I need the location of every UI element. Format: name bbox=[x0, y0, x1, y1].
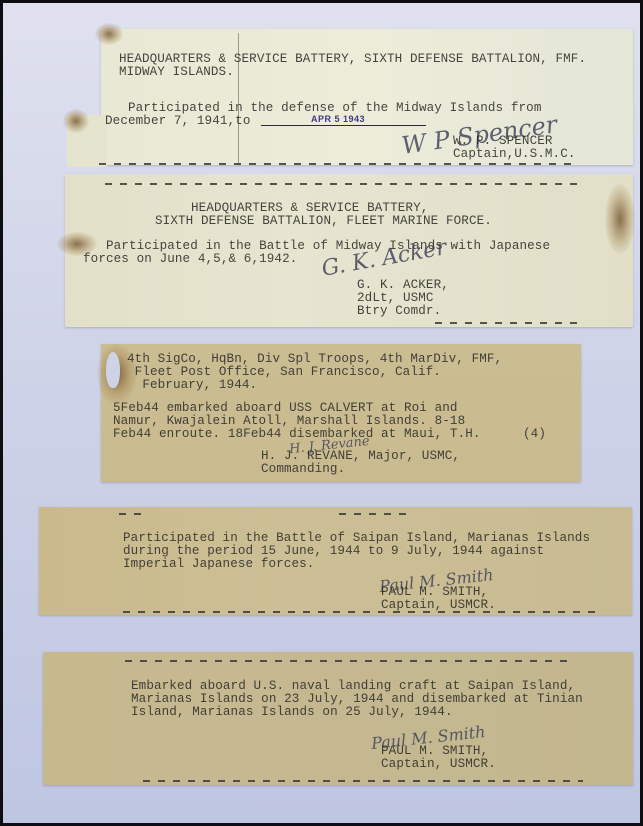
signer-title: Captain, USMCR. bbox=[381, 758, 496, 771]
strip-header-line: February, 1944. bbox=[127, 379, 257, 392]
strip-body-line: Imperial Japanese forces. bbox=[123, 558, 314, 571]
signer-title: Commanding. bbox=[261, 463, 345, 476]
signer-unit-role: Btry Comdr. bbox=[357, 305, 441, 318]
cut-line bbox=[339, 513, 409, 515]
cut-line bbox=[143, 780, 583, 782]
record-strip-battle-of-midway: HEADQUARTERS & SERVICE BATTERY, SIXTH DE… bbox=[65, 174, 633, 327]
scanned-page: HEADQUARTERS & SERVICE BATTERY, SIXTH DE… bbox=[3, 3, 640, 823]
paper-hole bbox=[106, 352, 120, 388]
record-strip-battle-of-saipan: Participated in the Battle of Saipan Isl… bbox=[39, 507, 632, 615]
cut-line bbox=[125, 660, 575, 662]
record-strip-midway-defense: HEADQUARTERS & SERVICE BATTERY, SIXTH DE… bbox=[101, 29, 633, 165]
cut-line bbox=[105, 183, 583, 185]
cut-line bbox=[435, 322, 585, 324]
date-blank-line bbox=[261, 125, 426, 126]
burn-mark bbox=[63, 109, 89, 133]
strip-body-line: forces on June 4,5,& 6,1942. bbox=[83, 253, 297, 266]
cut-line bbox=[123, 611, 603, 613]
record-strip-calvert-embarkation: 4th SigCo, HqBn, Div Spl Troops, 4th Mar… bbox=[101, 344, 581, 482]
signer-title: Captain,U.S.M.C. bbox=[453, 148, 576, 161]
page-number-mark: (4) bbox=[523, 428, 546, 441]
cut-line bbox=[119, 513, 149, 515]
burn-mark bbox=[95, 23, 123, 45]
strip-body-line: Feb44 enroute. 18Feb44 disembarked at Ma… bbox=[113, 428, 481, 441]
strip-header-line: SIXTH DEFENSE BATTALION, FLEET MARINE FO… bbox=[155, 215, 492, 228]
burn-mark bbox=[605, 184, 635, 254]
cut-line bbox=[99, 163, 579, 165]
strip-body-line: December 7, 1941,to bbox=[105, 115, 251, 128]
strip-header-line: MIDWAY ISLANDS. bbox=[119, 66, 234, 79]
date-stamp: APR 5 1943 bbox=[311, 114, 365, 124]
record-strip-tinian-landing: Embarked aboard U.S. naval landing craft… bbox=[43, 652, 633, 785]
strip-body-line: Island, Marianas Islands on 25 July, 194… bbox=[131, 706, 453, 719]
